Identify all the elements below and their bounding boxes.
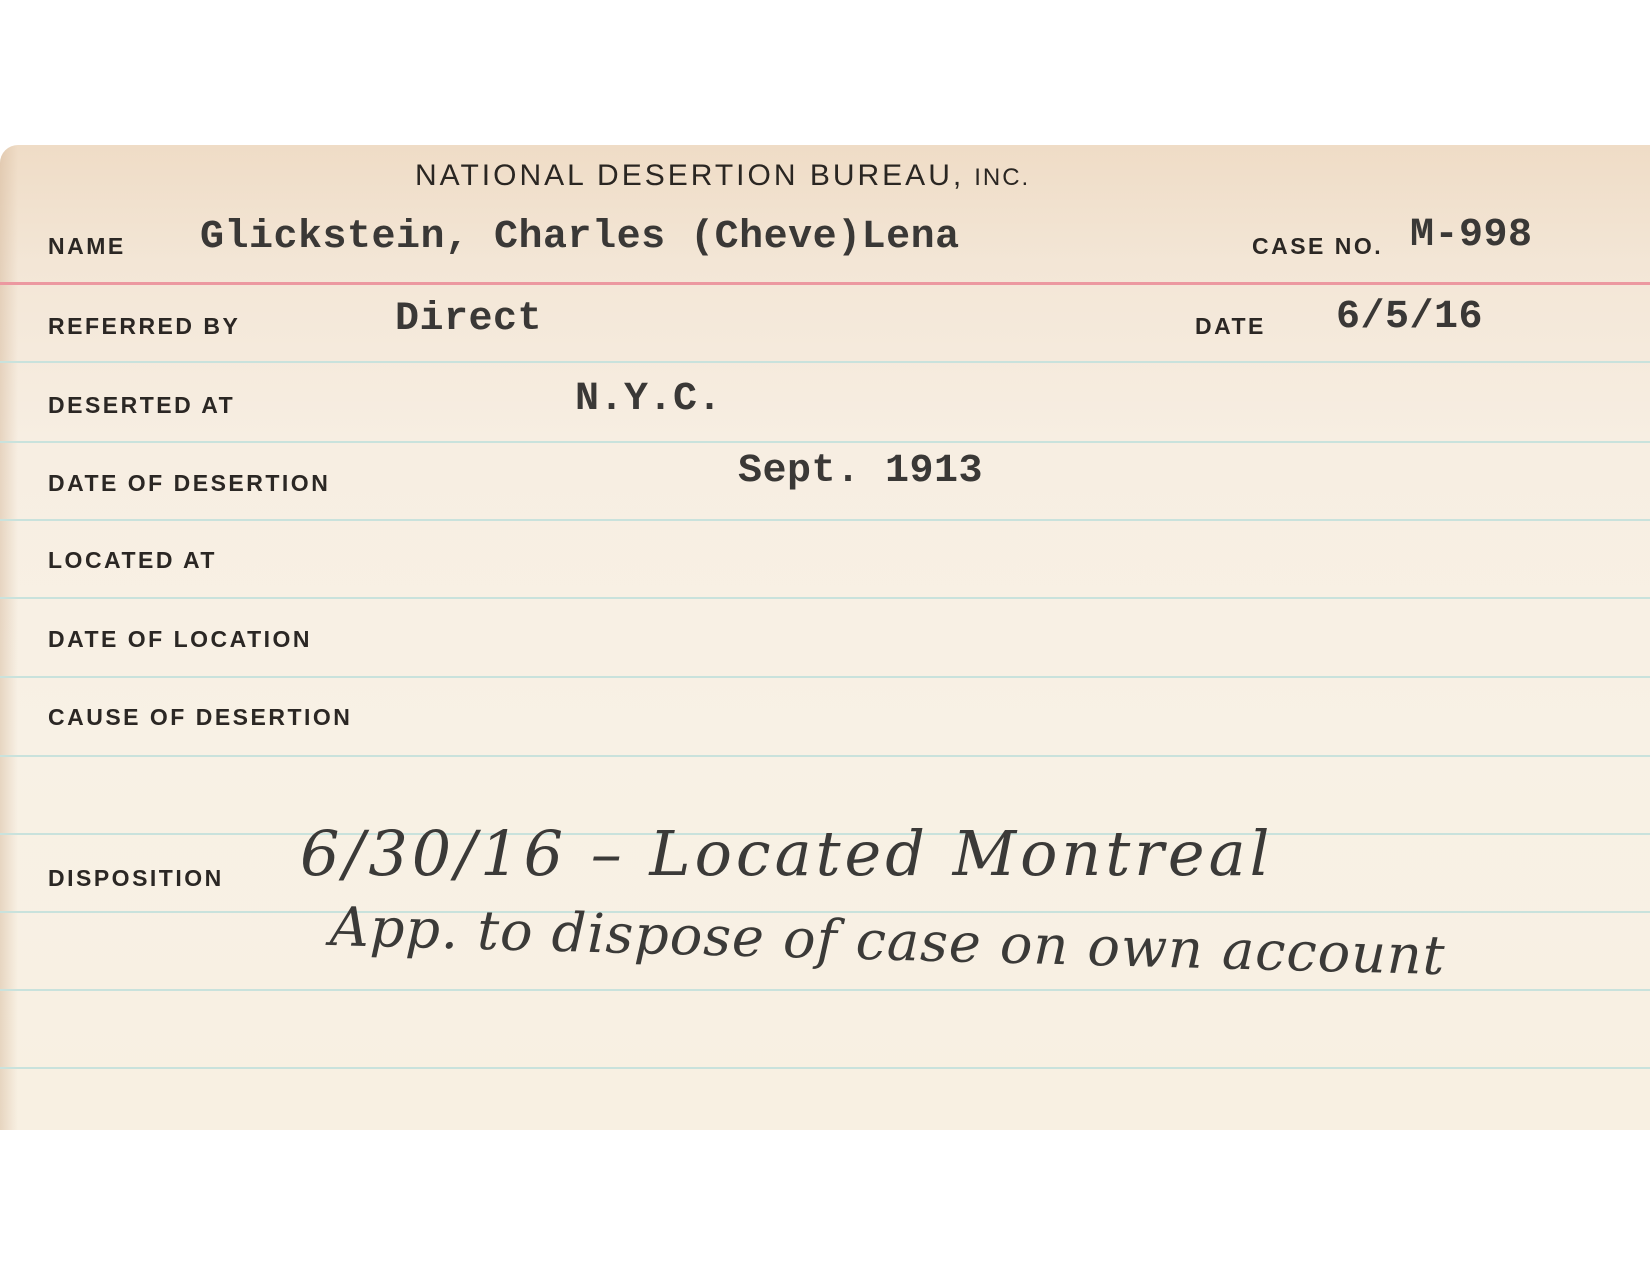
cause-of-desertion-label: CAUSE OF DESERTION — [48, 704, 352, 731]
ruled-line — [0, 361, 1650, 363]
bureau-suffix: INC. — [974, 164, 1030, 191]
ruled-line — [0, 441, 1650, 443]
referred-by-label: REFERRED BY — [48, 313, 240, 340]
header-rule — [0, 282, 1650, 285]
name-label: NAME — [48, 233, 126, 260]
ruled-line — [0, 676, 1650, 678]
ruled-line — [0, 519, 1650, 521]
date-of-desertion-label: DATE OF DESERTION — [48, 470, 330, 497]
disposition-line-2: App. to dispose of case on own account — [329, 895, 1446, 987]
ruled-line — [0, 597, 1650, 599]
located-at-label: LOCATED AT — [48, 547, 217, 574]
desertion-record-card: NATIONAL DESERTION BUREAU,INC. NAME Glic… — [0, 145, 1650, 1130]
ruled-line — [0, 1067, 1650, 1069]
name-value: Glickstein, Charles (Cheve)Lena — [200, 215, 960, 260]
disposition-label: DISPOSITION — [48, 865, 224, 892]
case-no-value: M-998 — [1410, 213, 1533, 258]
date-label: DATE — [1195, 313, 1266, 340]
date-of-desertion-value: Sept. 1913 — [738, 449, 983, 494]
case-no-label: CASE NO. — [1252, 233, 1383, 260]
ruled-line — [0, 989, 1650, 991]
bureau-title: NATIONAL DESERTION BUREAU, — [415, 159, 964, 192]
ruled-line — [0, 755, 1650, 757]
bureau-header: NATIONAL DESERTION BUREAU,INC. — [415, 159, 1030, 193]
disposition-line-1: 6/30/16 – Located Montreal — [300, 817, 1273, 890]
deserted-at-value: N.Y.C. — [575, 377, 722, 422]
deserted-at-label: DESERTED AT — [48, 392, 235, 419]
referred-by-value: Direct — [395, 297, 542, 342]
date-of-location-label: DATE OF LOCATION — [48, 626, 312, 653]
date-value: 6/5/16 — [1336, 295, 1483, 340]
